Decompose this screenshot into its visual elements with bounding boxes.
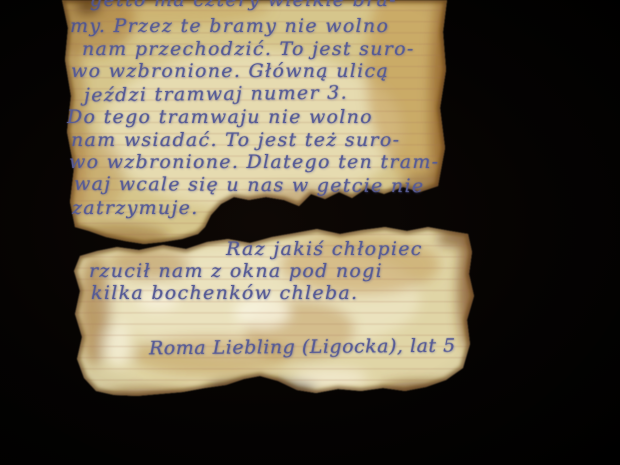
handwriting-line: rzucił nam z okna pod nogi xyxy=(89,260,383,282)
handwriting-line: Do tego tramwaju nie wolno xyxy=(67,106,373,128)
handwriting-line: waj wcale się u nas w getcie nie xyxy=(74,173,425,197)
handwriting-line: nam wsiadać. To jest też suro- xyxy=(71,129,400,151)
handwriting-line: nam przechodzić. To jest suro- xyxy=(82,38,415,60)
handwriting-line: wo wzbronione. Dlatego ten tram- xyxy=(69,151,439,173)
signature-line: Roma Liebling (Ligocka), lat 5 xyxy=(149,335,456,360)
handwriting-line: getto ma cztery wielkie bra- xyxy=(90,0,397,11)
photograph-of-handwritten-note: getto ma cztery wielkie bra- my. Przez t… xyxy=(0,0,620,465)
handwriting-line: kilka bochenków chleba. xyxy=(91,282,358,304)
handwriting-line: Raz jakiś chłopiec xyxy=(226,238,423,260)
handwriting-line: zatrzymuje. xyxy=(72,197,199,219)
handwriting-line: my. Przez te bramy nie wolno xyxy=(70,15,389,37)
handwriting-line: wo wzbronione. Główną ulicą xyxy=(71,60,389,82)
handwriting-line: jeździ tramwaj numer 3. xyxy=(84,82,348,107)
